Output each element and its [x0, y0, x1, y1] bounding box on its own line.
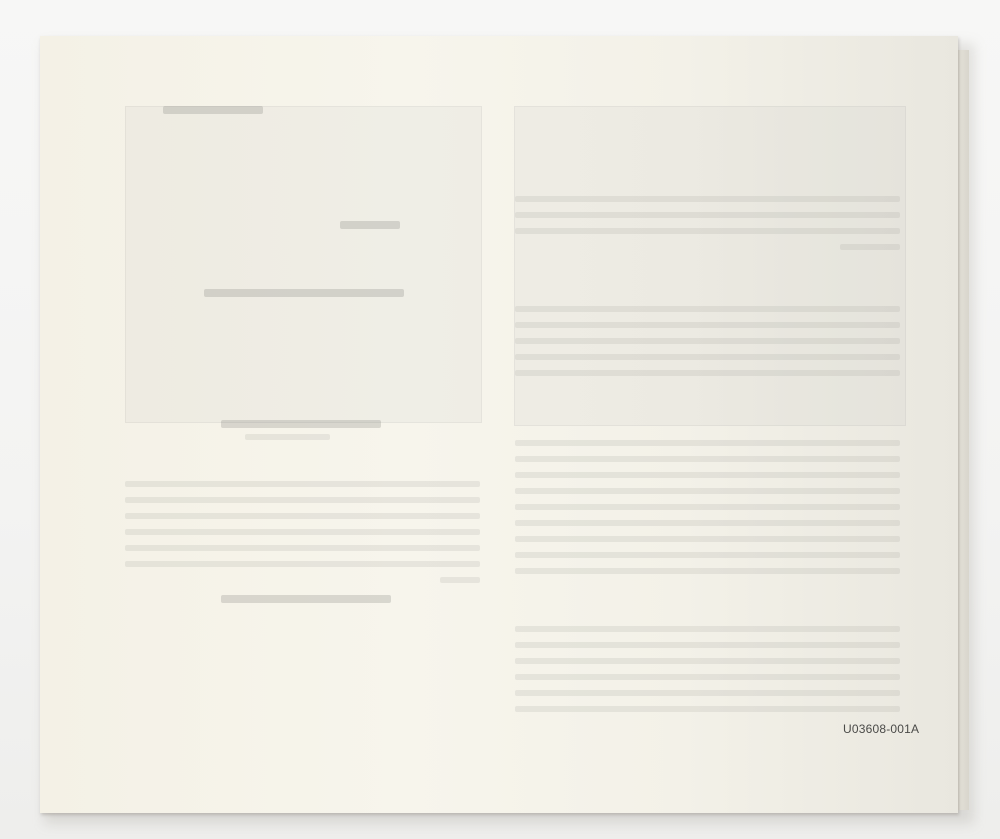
show-through-line: [515, 488, 900, 494]
show-through-caption: [245, 434, 330, 440]
show-through-heading: [221, 595, 391, 603]
show-through-line: [515, 228, 900, 234]
show-through-line: [515, 674, 900, 680]
show-through-line: [515, 504, 900, 510]
show-through-line: [840, 244, 900, 250]
show-through-heading: [340, 221, 400, 229]
show-through-line: [125, 497, 480, 503]
show-through-heading: [163, 106, 263, 114]
show-through-line: [515, 658, 900, 664]
show-through-line: [515, 568, 900, 574]
show-through-line: [515, 706, 900, 712]
show-through-line: [515, 536, 900, 542]
show-through-line: [515, 642, 900, 648]
show-through-line: [515, 322, 900, 328]
show-through-line: [515, 306, 900, 312]
show-through-line: [125, 561, 480, 567]
show-through-figure-left: [125, 106, 482, 423]
show-through-line: [515, 520, 900, 526]
show-through-line: [515, 456, 900, 462]
show-through-line: [515, 354, 900, 360]
show-through-line: [515, 338, 900, 344]
show-through-heading: [221, 420, 381, 428]
part-number: U03608-001A: [843, 722, 919, 736]
show-through-line: [440, 577, 480, 583]
show-through-heading: [204, 289, 404, 297]
show-through-figure-right: [514, 106, 906, 426]
show-through-line: [515, 196, 900, 202]
show-through-line: [125, 529, 480, 535]
show-through-line: [125, 481, 480, 487]
show-through-line: [515, 626, 900, 632]
booklet-page: [40, 36, 958, 813]
show-through-line: [125, 545, 480, 551]
show-through-line: [515, 440, 900, 446]
show-through-line: [515, 472, 900, 478]
show-through-line: [515, 370, 900, 376]
show-through-line: [125, 513, 480, 519]
show-through-line: [515, 212, 900, 218]
show-through-line: [515, 690, 900, 696]
show-through-line: [515, 552, 900, 558]
